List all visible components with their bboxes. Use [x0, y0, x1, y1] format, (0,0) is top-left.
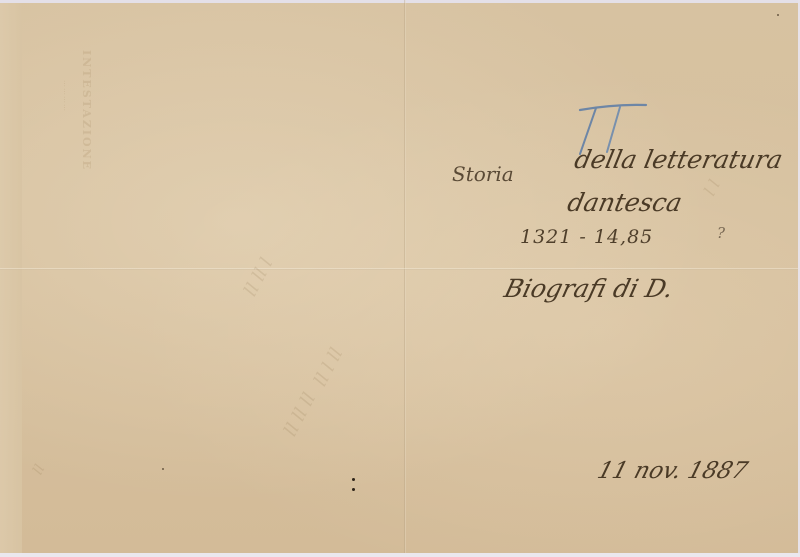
showthrough-handwriting: l l — [700, 176, 724, 198]
handwritten-dantesca: dantesca — [565, 190, 684, 215]
scanned-document: INTESTAZIONE ………… ll ll l ll ll ll ll l … — [0, 0, 800, 557]
ink-speck — [777, 14, 779, 16]
ink-speck — [162, 468, 164, 470]
handwritten-biografi: Biografi di D. — [502, 276, 676, 301]
handwritten-question-mark: ? — [717, 226, 725, 241]
horizontal-fold-line — [0, 268, 800, 270]
handwritten-date-range: 1321 - 14,85 — [520, 228, 653, 247]
showthrough-handwriting: ll l ll — [310, 344, 347, 389]
bottom-scan-edge — [0, 553, 800, 557]
showthrough-printed-heading: INTESTAZIONE — [80, 50, 93, 171]
top-scan-edge — [0, 0, 800, 3]
handwritten-date: 11 nov. 1887 — [595, 460, 750, 483]
left-margin-edge — [0, 0, 22, 553]
vertical-fold-line — [404, 0, 406, 553]
ink-speck — [352, 488, 355, 491]
paper-sheet: INTESTAZIONE ………… ll ll l ll ll ll ll l … — [0, 0, 800, 553]
showthrough-handwriting: ll ll l — [240, 254, 277, 299]
showthrough-handwriting: ll ll ll — [280, 389, 320, 439]
ink-speck — [352, 478, 355, 481]
handwritten-della-letteratura: della letteratura — [572, 147, 785, 172]
showthrough-handwriting: ll — [30, 462, 48, 477]
showthrough-printed-subheading: ………… — [62, 80, 70, 112]
handwritten-storia: Storia — [452, 164, 514, 184]
